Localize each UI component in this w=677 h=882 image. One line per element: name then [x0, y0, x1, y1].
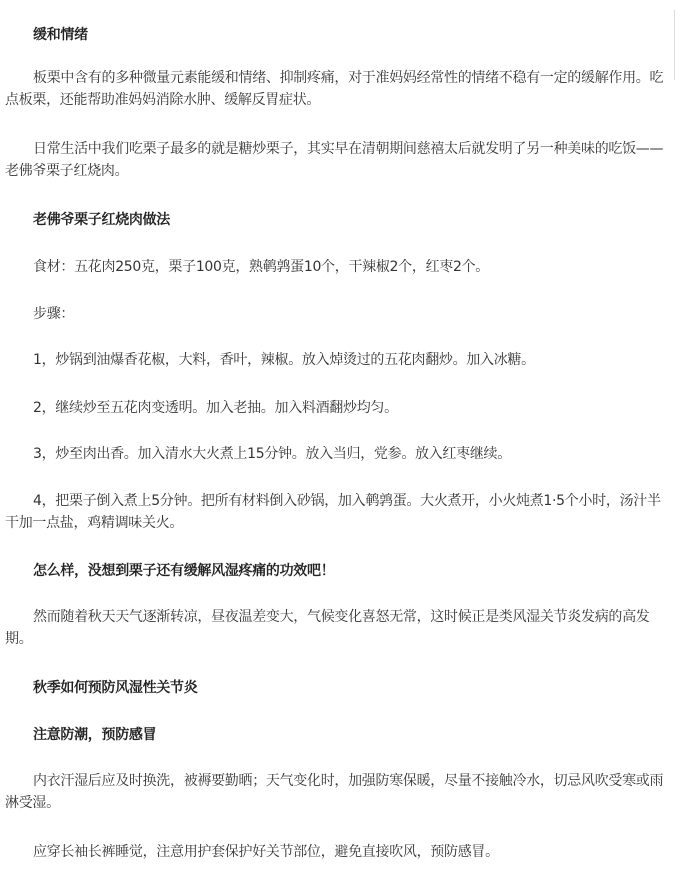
paragraph-clothing-care: 内衣汗湿后应及时换洗，被褥要勤晒；天气变化时，加强防寒保暖，尽量不接触冷水，切忌… — [5, 770, 673, 814]
section-heading-rheumatism-relief: 怎么样，没想到栗子还有缓解风湿疼痛的功效吧！ — [5, 560, 673, 582]
paragraph-step-3: 3，炒至肉出香。加入清水大火煮上15分钟。放入当归，党参。放入红枣继续。 — [5, 443, 673, 465]
paragraph-step-2: 2，继续炒至五花肉变透明。加入老抽。加入料酒翻炒均匀。 — [5, 397, 673, 419]
paragraph-chestnut-benefits: 板栗中含有的多种微量元素能缓和情绪、抑制疼痛，对于准妈妈经常性的情绪不稳有一定的… — [5, 67, 673, 111]
section-heading-prevention: 秋季如何预防风湿性关节炎 — [5, 677, 673, 699]
paragraph-ingredients: 食材：五花肉250克，栗子100克，熟鹌鹑蛋10个，干辣椒2个，红枣2个。 — [5, 256, 673, 278]
paragraph-step-4: 4，把栗子倒入煮上5分钟。把所有材料倒入砂锅，加入鹌鹑蛋。大火煮开，小火炖煮1·… — [5, 490, 673, 534]
paragraph-step-1: 1，炒锅到油爆香花椒，大料，香叶，辣椒。放入焯烫过的五花肉翻炒。加入冰糖。 — [5, 349, 673, 371]
paragraph-sleepwear: 应穿长袖长裤睡觉，注意用护套保护好关节部位，避免直接吹风，预防感冒。 — [5, 841, 673, 863]
section-heading-recipe: 老佛爷栗子红烧肉做法 — [5, 209, 673, 231]
section-heading-calm-mood: 缓和情绪 — [5, 24, 673, 46]
paragraph-steps-label: 步骤： — [5, 303, 673, 325]
paragraph-autumn-weather: 然而随着秋天天气逐渐转凉，昼夜温差变大，气候变化喜怒无常，这时候正是类风湿关节炎… — [5, 606, 673, 650]
paragraph-candied-chestnuts: 日常生活中我们吃栗子最多的就是糖炒栗子，其实早在清朝期间慈禧太后就发明了另一种美… — [5, 138, 673, 182]
page-edge-divider — [674, 10, 675, 80]
section-heading-moisture-cold: 注意防潮，预防感冒 — [5, 724, 673, 746]
